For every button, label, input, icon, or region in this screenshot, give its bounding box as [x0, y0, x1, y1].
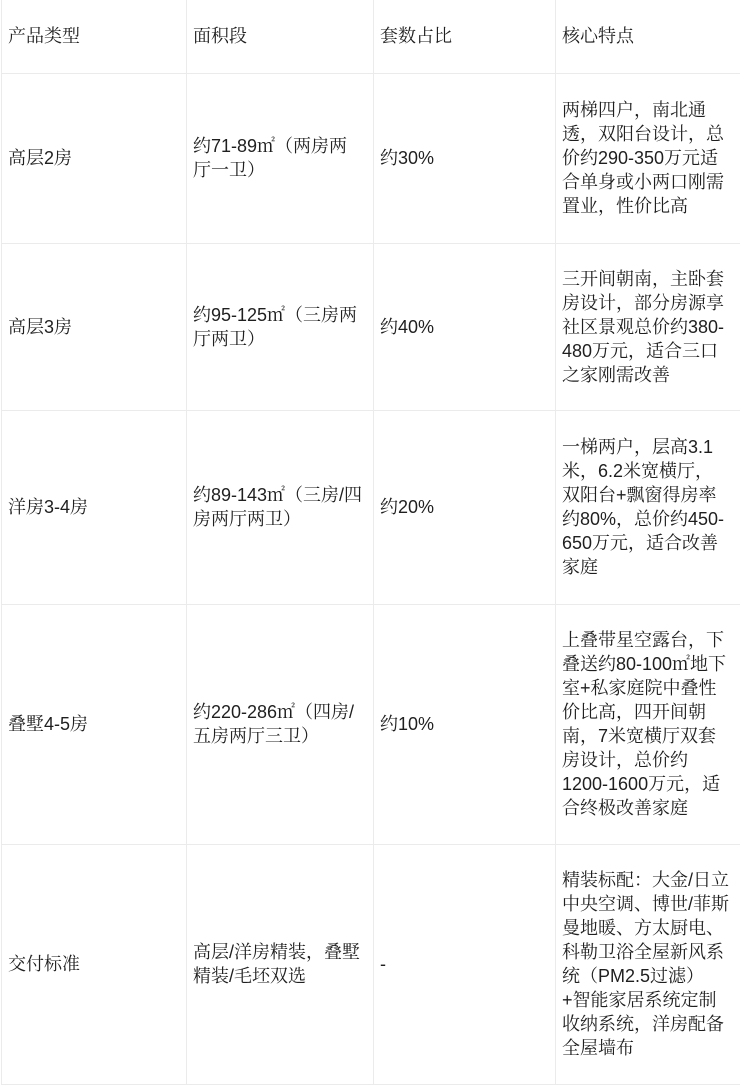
product-type-cell: 洋房3-4房: [2, 410, 187, 604]
unit-share-cell: 约30%: [374, 73, 556, 243]
unit-share-cell: 约20%: [374, 410, 556, 604]
product-type-cell: 高层2房: [2, 73, 187, 243]
area-range-cell: 约71-89㎡（两房两厅一卫）: [187, 73, 374, 243]
area-range-cell: 约220-286㎡（四房/五房两厅三卫）: [187, 604, 374, 844]
area-range-cell: 约95-125㎡（三房两厅两卫）: [187, 243, 374, 410]
table-row: 高层2房 约71-89㎡（两房两厅一卫） 约30% 两梯四户，南北通透，双阳台设…: [2, 73, 740, 243]
table-row: 洋房3-4房 约89-143㎡（三房/四房两厅两卫） 约20% 一梯两户，层高3…: [2, 410, 740, 604]
column-header-features: 核心特点: [556, 0, 740, 73]
table-row: 叠墅4-5房 约220-286㎡（四房/五房两厅三卫） 约10% 上叠带星空露台…: [2, 604, 740, 844]
features-cell: 三开间朝南，主卧套房设计，部分房源享社区景观总价约380-480万元，适合三口之…: [556, 243, 740, 410]
product-table: 产品类型 面积段 套数占比 核心特点 高层2房 约71-89㎡（两房两厅一卫） …: [1, 0, 740, 1085]
table-row: 交付标准 高层/洋房精装，叠墅精装/毛坯双选 - 精装标配：大金/日立中央空调、…: [2, 844, 740, 1084]
features-cell: 两梯四户，南北通透，双阳台设计，总价约290-350万元适合单身或小两口刚需置业…: [556, 73, 740, 243]
unit-share-cell: 约10%: [374, 604, 556, 844]
features-cell: 一梯两户，层高3.1米，6.2米宽横厅，双阳台+飘窗得房率约80%，总价约450…: [556, 410, 740, 604]
unit-share-cell: -: [374, 844, 556, 1084]
area-range-cell: 高层/洋房精装，叠墅精装/毛坯双选: [187, 844, 374, 1084]
column-header-area-range: 面积段: [187, 0, 374, 73]
page: 产品类型 面积段 套数占比 核心特点 高层2房 约71-89㎡（两房两厅一卫） …: [0, 0, 740, 1089]
features-cell: 上叠带星空露台，下叠送约80-100㎡地下室+私家庭院中叠性价比高，四开间朝南，…: [556, 604, 740, 844]
product-type-cell: 叠墅4-5房: [2, 604, 187, 844]
column-header-unit-share: 套数占比: [374, 0, 556, 73]
table-row: 高层3房 约95-125㎡（三房两厅两卫） 约40% 三开间朝南，主卧套房设计，…: [2, 243, 740, 410]
header-row: 产品类型 面积段 套数占比 核心特点: [2, 0, 740, 73]
area-range-cell: 约89-143㎡（三房/四房两厅两卫）: [187, 410, 374, 604]
features-cell: 精装标配：大金/日立中央空调、博世/菲斯曼地暖、方太厨电、科勒卫浴全屋新风系统（…: [556, 844, 740, 1084]
product-type-cell: 交付标准: [2, 844, 187, 1084]
product-type-cell: 高层3房: [2, 243, 187, 410]
column-header-product-type: 产品类型: [2, 0, 187, 73]
unit-share-cell: 约40%: [374, 243, 556, 410]
